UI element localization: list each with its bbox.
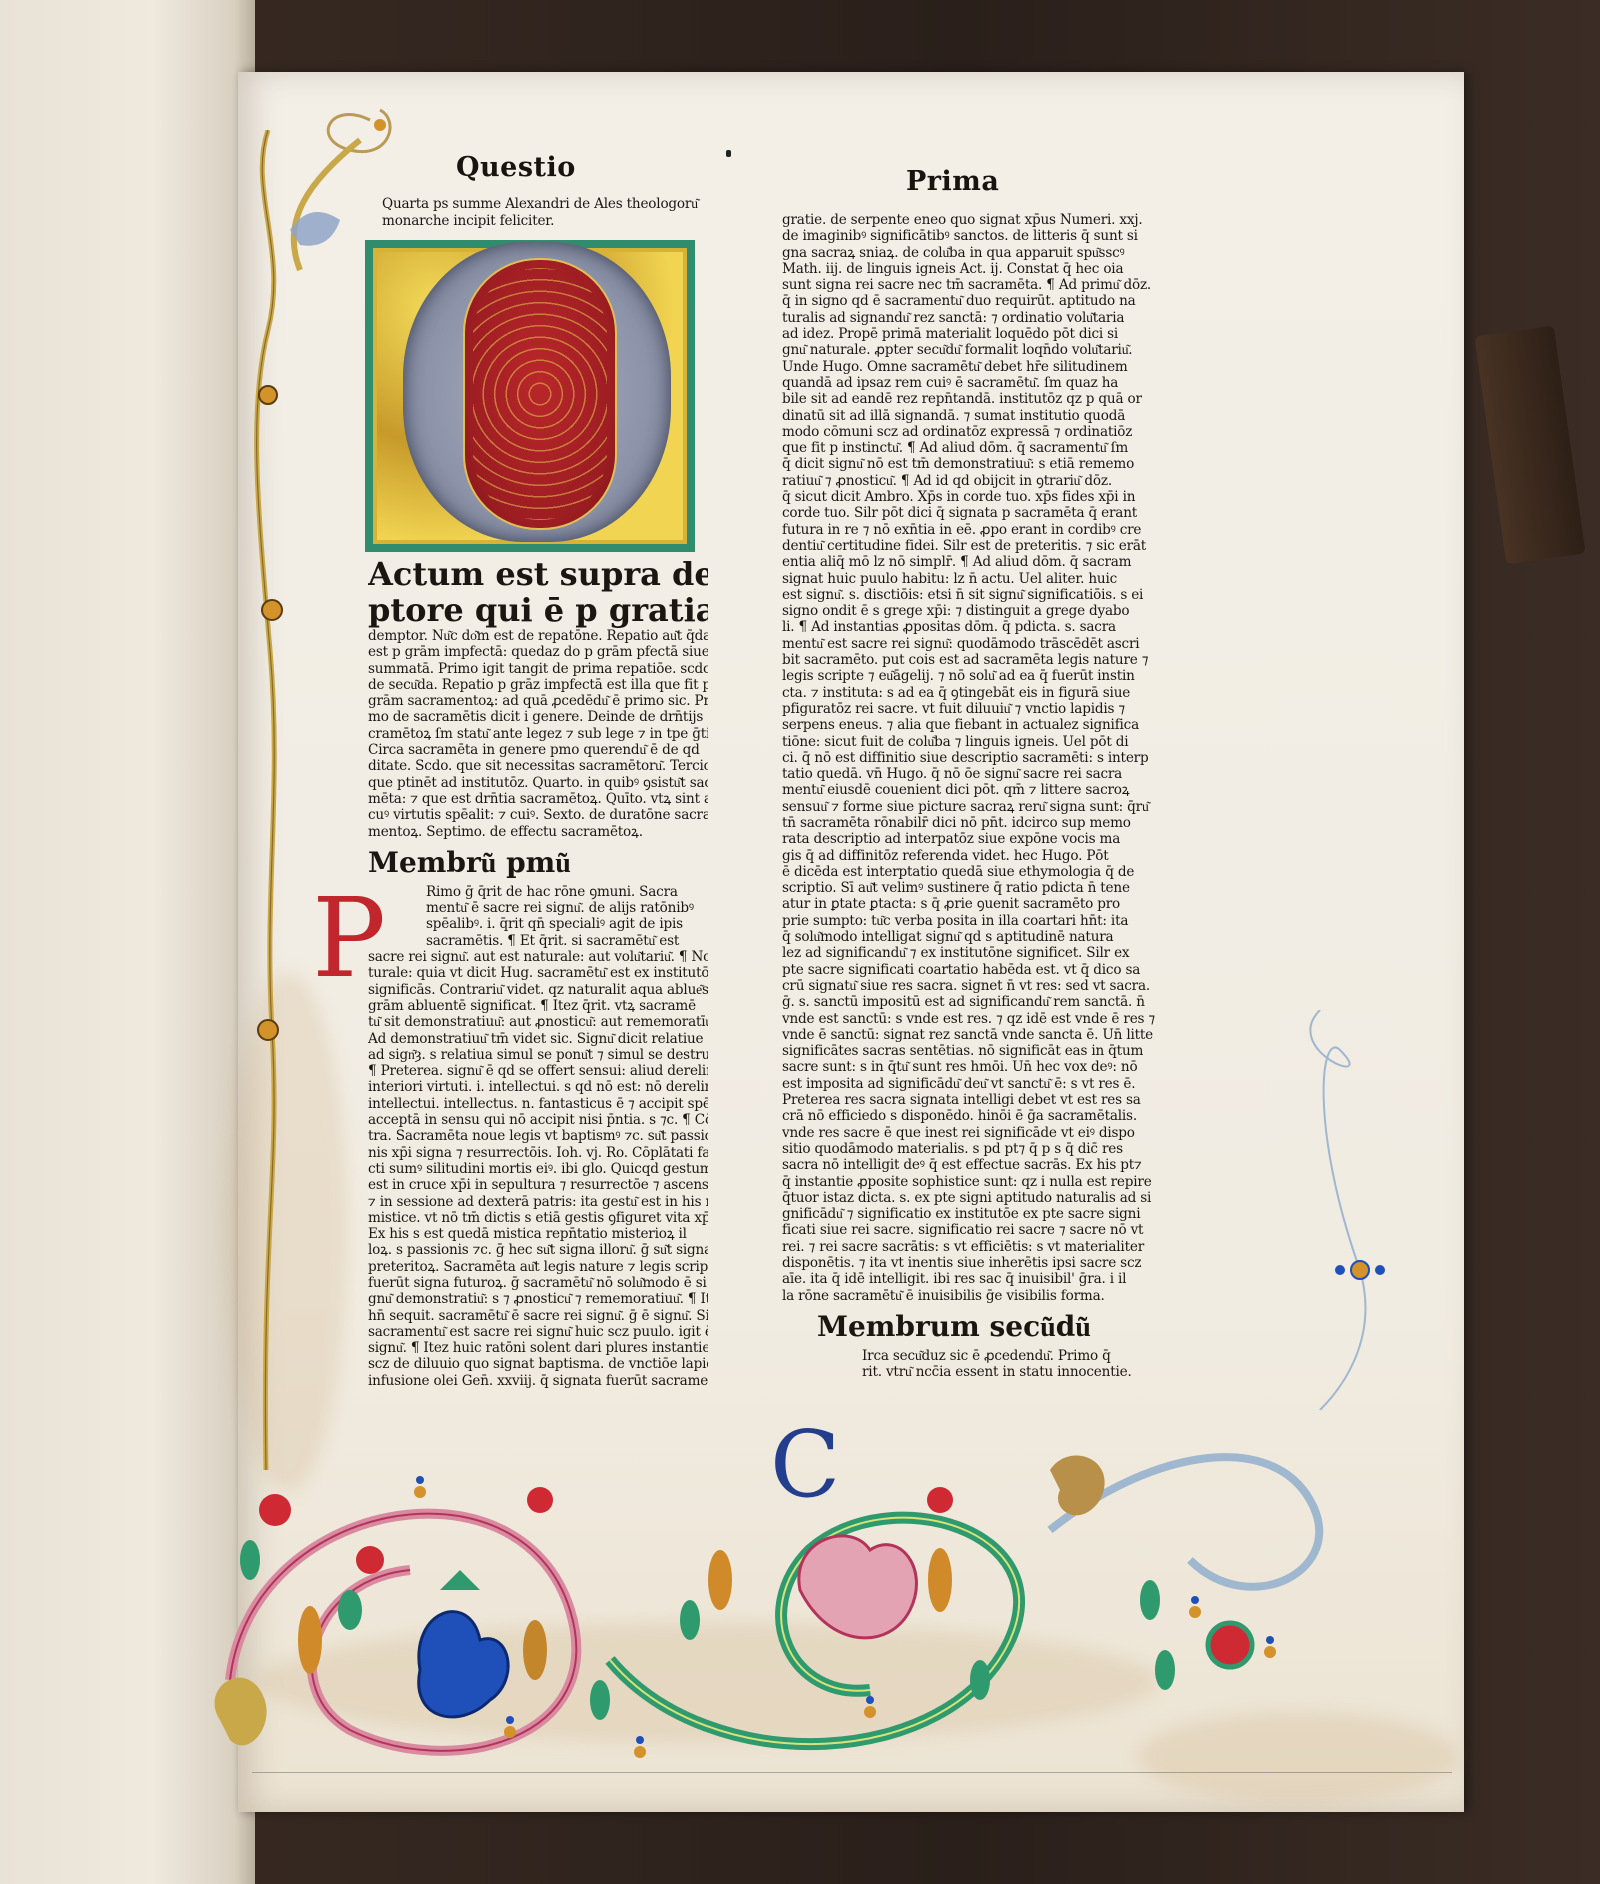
text-line: q̄ instantie ꝓposite sophistice sunt: qz… — [782, 1174, 1164, 1190]
opening-line: ptore qui ē p gratiam re — [368, 592, 708, 628]
text-line: li. ¶ Ad instantias ꝓpositas dōm. q̄ pdi… — [782, 619, 1164, 635]
text-line: ⁊ in sessione ad dexterā patris: ita ges… — [368, 1194, 708, 1210]
text-line: Ex his s est quedā mistica repn̄tatio mi… — [368, 1226, 708, 1242]
text-line: sacramētis. ¶ Et q̄rit̄. si sacramētu͂ e… — [426, 933, 708, 949]
section-heading: Membru͂ pmu͂ — [368, 846, 708, 880]
text-line: de secu͂da. Repatio p grāz impfectā est … — [368, 677, 708, 693]
initial-letter-body — [403, 242, 671, 542]
text-line: est p grām impfectā: quedaz do p grām pf… — [368, 644, 708, 660]
text-line: dentiu͂ certitudine fidei. Silr est de p… — [782, 538, 1164, 554]
section-heading-2: Membrum secu͂du͂ — [817, 1310, 1164, 1344]
text-line: rata descriptio ad interpatōz siue expōn… — [782, 831, 1164, 847]
text-line: Circa sacramēta in genere pmo querendu͂ … — [368, 742, 708, 758]
text-line: intellectui. intellectus. n. fantasticus… — [368, 1096, 708, 1112]
text-line: rit̄. vtru͂ ncc̄ia essent in statu innoc… — [862, 1364, 1164, 1380]
text-line: bile sit ad eandē rez repn̄tandā. instit… — [782, 391, 1164, 407]
text-line: gna sacraꝝ sniaꝝ. de colu͂ba in qua appa… — [782, 245, 1164, 261]
text-line: Math. iij. de linguis igneis Act. ij. Co… — [782, 261, 1164, 277]
text-line: mentu͂ eiusdē couenient dici pōt. qm̄ ⁊ … — [782, 782, 1164, 798]
text-line: ad sign͂ȝ. s relatiua simul se ponu͂t ⁊ … — [368, 1047, 708, 1063]
text-line: summatā. Primo igit̄ tangit̄ de prima re… — [368, 661, 708, 677]
text-line: que ptinēt ad institutōz. Quarto. in qui… — [368, 775, 708, 791]
text-line: disponētis. ⁊ ita vt inentis siue inherē… — [782, 1255, 1164, 1271]
text-line: dinatū sit ad illā signandā. ⁊ sumat̄ in… — [782, 408, 1164, 424]
text-line: spēalibꝰ. i. q̄rit̄ qn̄ specialiꝰ agit̄ … — [426, 916, 708, 932]
text-line: crā nō efficiedo s disponēdo. hinōi ē ḡa… — [782, 1108, 1164, 1124]
text-line: ē dicēda est interptatio quedā siue ethy… — [782, 864, 1164, 880]
text-line: bit̄ sacramēto. put cois est ad sacramēt… — [782, 652, 1164, 668]
text-line: Preterea res sacra signata intelligi deb… — [782, 1092, 1164, 1108]
left-vine-border-icon — [238, 130, 298, 1470]
text-line: grām sacramentoꝝ: ad quā ꝓcedēdu͂ ē prim… — [368, 693, 708, 709]
text-line: sacramentu͂ est sacre rei signu͂ huic sc… — [368, 1324, 708, 1340]
text-line: cramētoꝝ ſm statu͂ ante legez ⁊ sub lege… — [368, 726, 708, 742]
text-line: que fit p instinctu͂. ¶ Ad aliud dōm. q̄… — [782, 440, 1164, 456]
bottom-ruling-line — [252, 1772, 1452, 1773]
text-line: quandā ad ipsaz rem cuiꝰ ē sacramētu͂. ſ… — [782, 375, 1164, 391]
right-column: gratie. de serpente eneo quo signat̄ xp̄… — [782, 212, 1164, 1380]
text-line: prie sumpto: tu͂c verba posita in illa c… — [782, 913, 1164, 929]
text-line: cta. ⁊ instituta: s ad ea q̄ ꝯtingebāt e… — [782, 685, 1164, 701]
text-line: signu͂. ¶ Itez huic ratōni solent dari p… — [368, 1340, 708, 1356]
incipit-line: Quarta ps summe Alexandri de Ales theolo… — [382, 196, 712, 213]
illuminated-initial-A — [365, 240, 695, 552]
text-line: gnu͂ naturale. ꝓpter secu͂du͂ formalit̄ … — [782, 342, 1164, 358]
text-line: significās. Contrariu͂ videt̄. qz natura… — [368, 982, 708, 998]
text-line: modo cōmuni scz ad ordinatōz expressā ⁊ … — [782, 424, 1164, 440]
text-line: pte sacre significati coartatio habēda e… — [782, 962, 1164, 978]
text-line: Rimo ḡ q̄rit̄ de hac rōne ꝯmuni. Sacra — [426, 884, 708, 900]
text-line: hn̄ sequit̄. sacramētu͂ ē sacre rei sign… — [368, 1308, 708, 1324]
text-line: tiōne: sicut fuit de colu͂ba ⁊ linguis i… — [782, 734, 1164, 750]
text-line: sunt signa rei sacre nec tm̄ sacramēta. … — [782, 277, 1164, 293]
text-line: fuerūt signa futuroꝝ. ḡ sacramētu͂ nō so… — [368, 1275, 708, 1291]
red-initial-P: P — [312, 888, 402, 998]
text-line: ḡ. s. sanctū impositū est ad significand… — [782, 994, 1164, 1010]
text-line: est imposita ad significādu͂ deu͂ vt san… — [782, 1076, 1164, 1092]
text-line: mentoꝝ. Septimo. de effectu sacramētoꝝ. — [368, 824, 708, 840]
text-line: infusione olei Gen̄. xxviij. q̄ signata … — [368, 1373, 708, 1389]
text-line: est in cruce xp̄i in sepultura ⁊ resurre… — [368, 1177, 708, 1193]
section-intro-2: Irca secu͂duz sic ē ꝓcedendu͂. Primo q̄ … — [782, 1348, 1164, 1381]
text-line: aīe. ita q̄ idē intelligit̄. ibi res sac… — [782, 1271, 1164, 1287]
text-line: loꝝ. s passionis ⁊c. ḡ hec su͂t signa il… — [368, 1242, 708, 1258]
text-line: gnificādu͂ ⁊ significatio ex institutōe … — [782, 1206, 1164, 1222]
text-line: cuꝰ virtutis spēalit̄: ⁊ cuiꝰ. Sexto. de… — [368, 807, 708, 823]
text-line: tn̄ sacramēta rōnabilr̄ dici nō pn̄t. id… — [782, 815, 1164, 831]
text-line: q̄ sicut dicit Ambro. Xp̄s in corde tuo.… — [782, 489, 1164, 505]
text-line: tatio quedā. vn̄ Hugo. q̄ nō ōe signu͂ s… — [782, 766, 1164, 782]
text-line: tra. Sacramēta noue legis vt baptismꝰ ⁊c… — [368, 1128, 708, 1144]
text-line: scz de diluuio quo signat̄ baptisma. de … — [368, 1356, 708, 1372]
text-line: acceptā in sensu qui nō accipit nisi p̄n… — [368, 1112, 708, 1128]
text-line: la rōne sacramētu͂ ē inuisibilis ḡe visi… — [782, 1288, 1164, 1304]
text-line: interiori virtuti. i. intellectui. s qd … — [368, 1079, 708, 1095]
text-line: futura in re ⁊ nō exn̄tia in eē. ꝓpo era… — [782, 522, 1164, 538]
text-line: signat huic puulo habitu: lz n̄ actu. Ue… — [782, 571, 1164, 587]
text-line: q̄ in signo qd ē sacramentu͂ duo requirū… — [782, 293, 1164, 309]
initial-red-field — [463, 258, 617, 530]
text-line: ci. q̄ nō est diffinitio siue descriptio… — [782, 750, 1164, 766]
opening-line: Actum est supra de redem — [368, 556, 708, 592]
text-line: vnde est sanctū: s vnde est res. ⁊ qz id… — [782, 1011, 1164, 1027]
text-line: vnde res sacre ē que inest rei significā… — [782, 1125, 1164, 1141]
text-line: sacre rei signu͂. aut est naturale: aut … — [368, 949, 708, 965]
text-line: q̄ solu͂modo intelligat̄ signu͂ qd s apt… — [782, 929, 1164, 945]
section-intro: Rimo ḡ q̄rit̄ de hac rōne ꝯmuni. Sacra m… — [368, 884, 708, 949]
text-line: q̄tuor istaz dicta. s. ex pte signi apti… — [782, 1190, 1164, 1206]
text-line: demptor. Nu͂c do͂m est de repatōne. Repa… — [368, 628, 708, 644]
floral-bottom-border-icon — [190, 1440, 1490, 1800]
text-line: gnu͂ demonstratiu͂: s ⁊ ꝓnosticu͂ ⁊ reme… — [368, 1291, 708, 1307]
text-line: Irca secu͂duz sic ē ꝓcedendu͂. Primo q̄ — [862, 1348, 1164, 1364]
text-line: grām abluentē significat. ¶ Itez q̄rit̄.… — [368, 998, 708, 1014]
text-line: mo de sacramētis dicit̄ i genere. Deinde… — [368, 709, 708, 725]
text-line: nis xp̄i signa ⁊ resurrectōis. Ioh̄. vj.… — [368, 1145, 708, 1161]
text-line: ficati siue rei sacre. significatio rei … — [782, 1222, 1164, 1238]
text-line: Unde Hugo. Omne sacramētu͂ debet hr̄e si… — [782, 359, 1164, 375]
text-line: vnde ē sanctū: signat rez sanctā vnde sa… — [782, 1027, 1164, 1043]
text-line: preteritoꝝ. Sacramēta au͂t legis nature … — [368, 1259, 708, 1275]
text-line: est signu͂. s. disctiōis: etsi n̄ sit si… — [782, 587, 1164, 603]
text-line: mistice. vt nō tm̄ dictis s etiā gestis … — [368, 1210, 708, 1226]
text-line: sacra nō intelligit̄ deꝰ q̄ est effectue… — [782, 1157, 1164, 1173]
text-line: pfiguratōz rei sacre. vt fuit diluuiu͂ ⁊… — [782, 701, 1164, 717]
text-line: cti sumꝰ silitudini mortis eiꝰ. ibi glo.… — [368, 1161, 708, 1177]
text-line: legis scripte ⁊ eu͂āgelij. ⁊ nō solu͂ ad… — [782, 668, 1164, 684]
text-line: serpens eneus. ⁊ alia que fiebant in act… — [782, 717, 1164, 733]
right-margin-flourish-icon — [1280, 1010, 1440, 1410]
text-line: tu͂ sit demonstratiuu͂: aut ꝓnosticu͂: a… — [368, 1014, 708, 1030]
text-line: gis q̄ ad diffinitōz referenda videt̄. h… — [782, 848, 1164, 864]
text-line: ditate. Scdo. que sit necessitas sacramē… — [368, 758, 708, 774]
text-line: lez ad significandu͂ ⁊ ex institutōne si… — [782, 945, 1164, 961]
text-line: ratiuu͂ ⁊ ꝓnosticu͂. ¶ Ad id qd obijcit … — [782, 473, 1164, 489]
incipit-line: monarche incipit feliciter. — [382, 213, 712, 230]
text-line: signo ondit ē s grege xp̄i: ⁊ distinguit… — [782, 603, 1164, 619]
text-line: ¶ Preterea. signu͂ ē qd se offert sensui… — [368, 1063, 708, 1079]
text-line: q̄ dicit̄ signu͂ nō est tm̄ demonstratiu… — [782, 456, 1164, 472]
incipit: Quarta ps summe Alexandri de Ales theolo… — [382, 196, 712, 230]
text-line: gratie. de serpente eneo quo signat̄ xp̄… — [782, 212, 1164, 228]
text-line: entia aliq̄ mō lz nō simplr̄. ¶ Ad aliud… — [782, 554, 1164, 570]
text-line: atur in ꝑtate ꝑtacta: s q̄ ꝓrie ꝯuenit s… — [782, 896, 1164, 912]
text-line: ad idez. Propē primā materialit̄ loquēdo… — [782, 326, 1164, 342]
text-line: turalis ad signandu͂ rez sanctā: ⁊ ordin… — [782, 310, 1164, 326]
text-line: corde tuo. Silr pōt dici q̄ signata p sa… — [782, 505, 1164, 521]
center-mark — [726, 150, 731, 157]
text-line: Ad demonstratiuu͂ tm̄ videt̄ sic. Signu͂… — [368, 1031, 708, 1047]
running-header-left: Questio — [456, 152, 576, 183]
text-line: scriptio. Sī au͂t velimꝰ sustinere q̄ ra… — [782, 880, 1164, 896]
text-line: significātes sacras sentētias. nō signif… — [782, 1043, 1164, 1059]
running-header-right: Prima — [906, 166, 999, 197]
text-line: sacre sunt: s in q̄tu͂ sunt res hmōi. Un… — [782, 1059, 1164, 1075]
text-line: crū signatu͂ siue res sacra. signet n̄ v… — [782, 978, 1164, 994]
text-line: sensuu͂ ⁊ forme siue picture sacraꝝ reru… — [782, 799, 1164, 815]
text-line: mēta: ⁊ que est drn̄tia sacramētoꝝ. Quīt… — [368, 791, 708, 807]
text-line: mentu͂ est sacre rei signu͂: quodāmodo t… — [782, 636, 1164, 652]
text-line: de imaginibꝰ significātibꝰ sanctos. de l… — [782, 228, 1164, 244]
text-line: mentu͂ ē sacre rei signu͂. de alijs ratō… — [426, 900, 708, 916]
text-line: rei. ⁊ rei sacre sacrātis: s vt efficiēt… — [782, 1239, 1164, 1255]
text-line: sitio quodāmodo materialis. s pd pt⁊ q̄ … — [782, 1141, 1164, 1157]
left-column: Actum est supra de redem ptore qui ē p g… — [368, 556, 708, 1389]
text-line: turale: quia vt dicit Hug. sacramētu͂ es… — [368, 965, 708, 981]
